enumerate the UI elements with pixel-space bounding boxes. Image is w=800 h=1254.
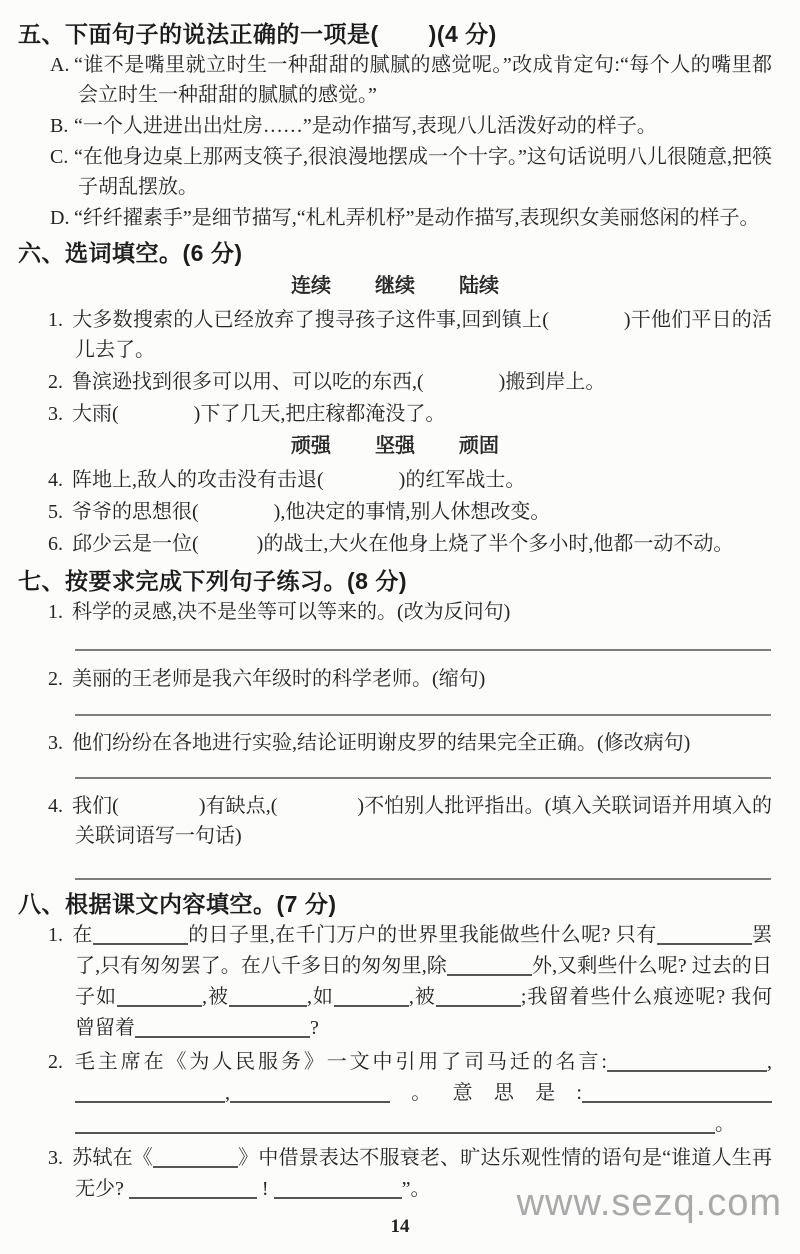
item-text: 他们纷纷在各地进行实验,结论证明谢皮罗的结果完全正确。(修改病句) (72, 732, 690, 754)
section-6-word-fill: 六、选词填空。(6 分) 连续 继续 陆续 1.大多数搜索的人已经放弃了搜寻孩子… (18, 237, 772, 559)
item-text: 大多数搜索的人已经放弃了搜寻孩子这件事,回到镇上()干他们平日的活儿去了。 (72, 309, 772, 361)
item-number: 2. (48, 367, 72, 397)
option-b: B.“一个人进进出出灶房……”是动作描写,表现八儿活泼好动的样子。 (50, 111, 772, 141)
fill-item-3: 3.大雨()下了几天,把庄稼都淹没了。 (48, 399, 772, 429)
option-a-label: A. (50, 50, 74, 80)
item-text: 毛主席在《为人民服务》一文中引用了司马迁的名言:,,。意思是:。 (72, 1051, 772, 1135)
answer-line (75, 777, 771, 779)
paren-gap (119, 797, 199, 815)
fill-in-blank (334, 987, 409, 1007)
fill-in-blank (274, 1179, 402, 1199)
fill-in-blank (93, 925, 188, 945)
item-text: 鲁滨逊找到很多可以用、可以吃的东西,()搬到岸上。 (72, 371, 605, 393)
item-number: 1. (48, 305, 72, 335)
item-number: 3. (48, 1143, 72, 1174)
fill-in-blank (229, 987, 307, 1007)
section-8-text-recall: 八、根据课文内容填空。(7 分) 1.在的日子里,在千门万户的世界里我能做些什么… (18, 888, 772, 1205)
option-c: C.“在他身边桌上那两支筷子,很浪漫地摆成一个十字。”这句话说明八儿很随意,把筷… (50, 142, 772, 202)
exam-page: 五、下面句子的说法正确的一项是()(4 分) A.“谁不是嘴里就立时生一种甜甜的… (0, 0, 800, 1254)
section-6-title: 六、选词填空。(6 分) (18, 237, 772, 269)
sentence-item-2: 2.美丽的王老师是我六年级时的科学老师。(缩句) (48, 664, 772, 694)
fill-in-blank (75, 1083, 225, 1103)
option-c-text: “在他身边桌上那两支筷子,很浪漫地摆成一个十字。”这句话说明八儿很随意,把筷子胡… (74, 146, 772, 198)
item-text: 阵地上,敌人的攻击没有击退()的红军战士。 (72, 469, 525, 491)
option-d-text: “纤纤擢素手”是细节描写,“札札弄机杼”是动作描写,表现织女美丽悠闲的样子。 (74, 207, 760, 229)
fill-in-blank (153, 1148, 238, 1168)
fill-item-4: 4.阵地上,敌人的攻击没有击退()的红军战士。 (48, 465, 772, 495)
fill-in-blank (230, 1083, 390, 1103)
recall-item-1: 1.在的日子里,在千门万户的世界里我能做些什么呢? 只有罢了,只有匆匆罢了。在八… (48, 920, 772, 1044)
item-number: 1. (48, 920, 72, 951)
section-7-sentence-practice: 七、按要求完成下列句子练习。(8 分) 1.科学的灵感,决不是坐等可以等来的。(… (18, 565, 772, 880)
item-number: 2. (48, 1047, 72, 1078)
option-a: A.“谁不是嘴里就立时生一种甜甜的腻腻的感觉呢。”改成肯定句:“每个人的嘴里都会… (50, 50, 772, 110)
item-text: 科学的灵感,决不是坐等可以等来的。(改为反问句) (72, 601, 510, 623)
fill-item-6: 6.邱少云是一位()的战士,大火在他身上烧了半个多小时,他都一动不动。 (48, 529, 772, 559)
fill-in-blank (75, 1114, 715, 1134)
item-number: 3. (48, 728, 72, 758)
item-text: 爷爷的思想很(),他决定的事情,别人休想改变。 (72, 501, 550, 523)
item-number: 4. (48, 465, 72, 495)
sentence-item-4: 4.我们()有缺点,()不怕别人批评指出。(填入关联词语并用填入的关联词语写一句… (48, 791, 772, 851)
word-bank-1-word: 连续 (291, 271, 331, 301)
item-number: 1. (48, 597, 72, 627)
word-bank-2: 顽强 坚强 顽固 (18, 431, 772, 461)
fill-in-blank (117, 987, 202, 1007)
item-text: 美丽的王老师是我六年级时的科学老师。(缩句) (72, 668, 485, 690)
page-content: 五、下面句子的说法正确的一项是()(4 分) A.“谁不是嘴里就立时生一种甜甜的… (0, 0, 800, 1205)
item-text: 在的日子里,在千门万户的世界里我能做些什么呢? 只有罢了,只有匆匆罢了。在八千多… (72, 924, 772, 1039)
fill-in-blank (135, 1018, 310, 1038)
item-text: 邱少云是一位()的战士,大火在他身上烧了半个多小时,他都一动不动。 (72, 533, 733, 555)
fill-item-5: 5.爷爷的思想很(),他决定的事情,别人休想改变。 (48, 497, 772, 527)
page-number: 14 (0, 1212, 800, 1242)
paren-gap (549, 311, 624, 329)
fill-in-blank (129, 1179, 257, 1199)
word-bank-2-word: 顽固 (459, 431, 499, 461)
fill-item-1: 1.大多数搜索的人已经放弃了搜寻孩子这件事,回到镇上()干他们平日的活儿去了。 (48, 305, 772, 365)
sentence-item-1: 1.科学的灵感,决不是坐等可以等来的。(改为反问句) (48, 597, 772, 627)
paren-gap (424, 373, 499, 391)
item-text: 我们()有缺点,()不怕别人批评指出。(填入关联词语并用填入的关联词语写一句话) (72, 795, 772, 847)
section-5-multiple-choice: 五、下面句子的说法正确的一项是()(4 分) A.“谁不是嘴里就立时生一种甜甜的… (18, 18, 772, 233)
paren-gap (379, 27, 429, 45)
option-d-label: D. (50, 203, 74, 233)
section-7-title: 七、按要求完成下列句子练习。(8 分) (18, 565, 772, 597)
item-text: 大雨()下了几天,把庄稼都淹没了。 (72, 403, 445, 425)
word-bank-2-word: 坚强 (375, 431, 415, 461)
option-b-text: “一个人进进出出灶房……”是动作描写,表现八儿活泼好动的样子。 (74, 115, 657, 137)
fill-in-blank (582, 1083, 772, 1103)
answer-line (75, 878, 771, 880)
item-number: 4. (48, 791, 72, 821)
option-a-text: “谁不是嘴里就立时生一种甜甜的腻腻的感觉呢。”改成肯定句:“每个人的嘴里都会立时… (74, 54, 772, 106)
word-bank-1: 连续 继续 陆续 (18, 271, 772, 301)
fill-in-blank (436, 987, 521, 1007)
word-bank-1-word: 陆续 (459, 271, 499, 301)
option-b-label: B. (50, 111, 74, 141)
recall-item-2: 2.毛主席在《为人民服务》一文中引用了司马迁的名言:,,。意思是:。 (48, 1047, 772, 1140)
fill-item-2: 2.鲁滨逊找到很多可以用、可以吃的东西,()搬到岸上。 (48, 367, 772, 397)
option-c-label: C. (50, 142, 74, 172)
item-number: 3. (48, 399, 72, 429)
paren-gap (277, 797, 357, 815)
word-bank-1-word: 继续 (375, 271, 415, 301)
paren-gap (119, 405, 194, 423)
paren-gap (324, 471, 399, 489)
section-8-title: 八、根据课文内容填空。(7 分) (18, 888, 772, 920)
fill-in-blank (447, 956, 532, 976)
option-d: D.“纤纤擢素手”是细节描写,“札札弄机杼”是动作描写,表现织女美丽悠闲的样子。 (50, 203, 772, 233)
item-number: 2. (48, 664, 72, 694)
item-number: 5. (48, 497, 72, 527)
fill-in-blank (657, 925, 752, 945)
section-5-title: 五、下面句子的说法正确的一项是()(4 分) (18, 18, 772, 50)
fill-in-blank (607, 1052, 767, 1072)
answer-line (75, 649, 771, 651)
paren-gap (199, 535, 257, 553)
paren-gap (199, 503, 274, 521)
item-number: 6. (48, 529, 72, 559)
sentence-item-3: 3.他们纷纷在各地进行实验,结论证明谢皮罗的结果完全正确。(修改病句) (48, 728, 772, 758)
answer-line (75, 714, 771, 716)
word-bank-2-word: 顽强 (291, 431, 331, 461)
